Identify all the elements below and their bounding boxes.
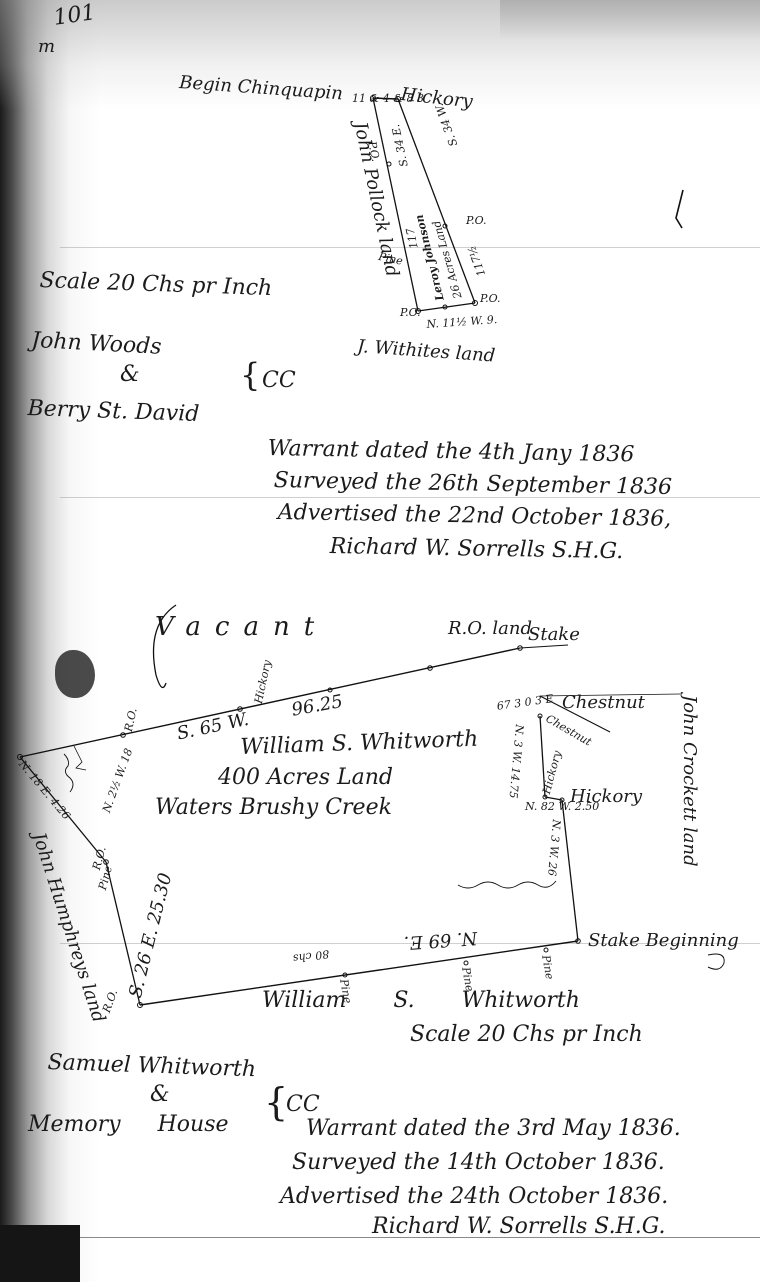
survey-2-surveyor-signature: Richard W. Sorrells S.H.G.	[372, 1214, 666, 1239]
survey-2-east-jog-bearing: N. 82 W. 2.50	[525, 800, 599, 813]
survey-2-bracket-code: CC	[286, 1092, 320, 1117]
survey-2-interior-waters: Waters Brushy Creek	[155, 795, 392, 820]
survey-2-claimant-amp: &	[150, 1082, 170, 1107]
survey-2-north-land-label: R.O. land	[448, 618, 532, 639]
survey-2-vacant-label: Vacant	[155, 612, 328, 642]
survey-2-adjoining-east: John Crockett land	[679, 695, 700, 867]
survey-2-plat-lines	[0, 0, 760, 1282]
survey-2-beginning: Stake Beginning	[588, 930, 739, 951]
survey-2-claimant-2: Memory House	[28, 1112, 229, 1137]
survey-document-page: 101 m Begin Chinquapin 11 & 4 & 8 3 Hick…	[0, 0, 760, 1282]
survey-2-brace: {	[264, 1080, 288, 1124]
survey-2-advertised-line: Advertised the 24th October 1836.	[280, 1184, 668, 1209]
survey-2-north-stake: Stake	[528, 624, 580, 645]
survey-2-chestnut-1: Chestnut	[562, 692, 645, 713]
survey-2-scale: Scale 20 Chs pr Inch	[410, 1022, 643, 1047]
survey-2-surveyed-line: Surveyed the 14th October 1836.	[292, 1150, 665, 1175]
survey-2-interior-acres: 400 Acres Land	[218, 765, 393, 790]
survey-2-adjoining-south: William S. Whitworth	[262, 988, 580, 1013]
survey-2-warrant-line: Warrant dated the 3rd May 1836.	[306, 1116, 681, 1141]
